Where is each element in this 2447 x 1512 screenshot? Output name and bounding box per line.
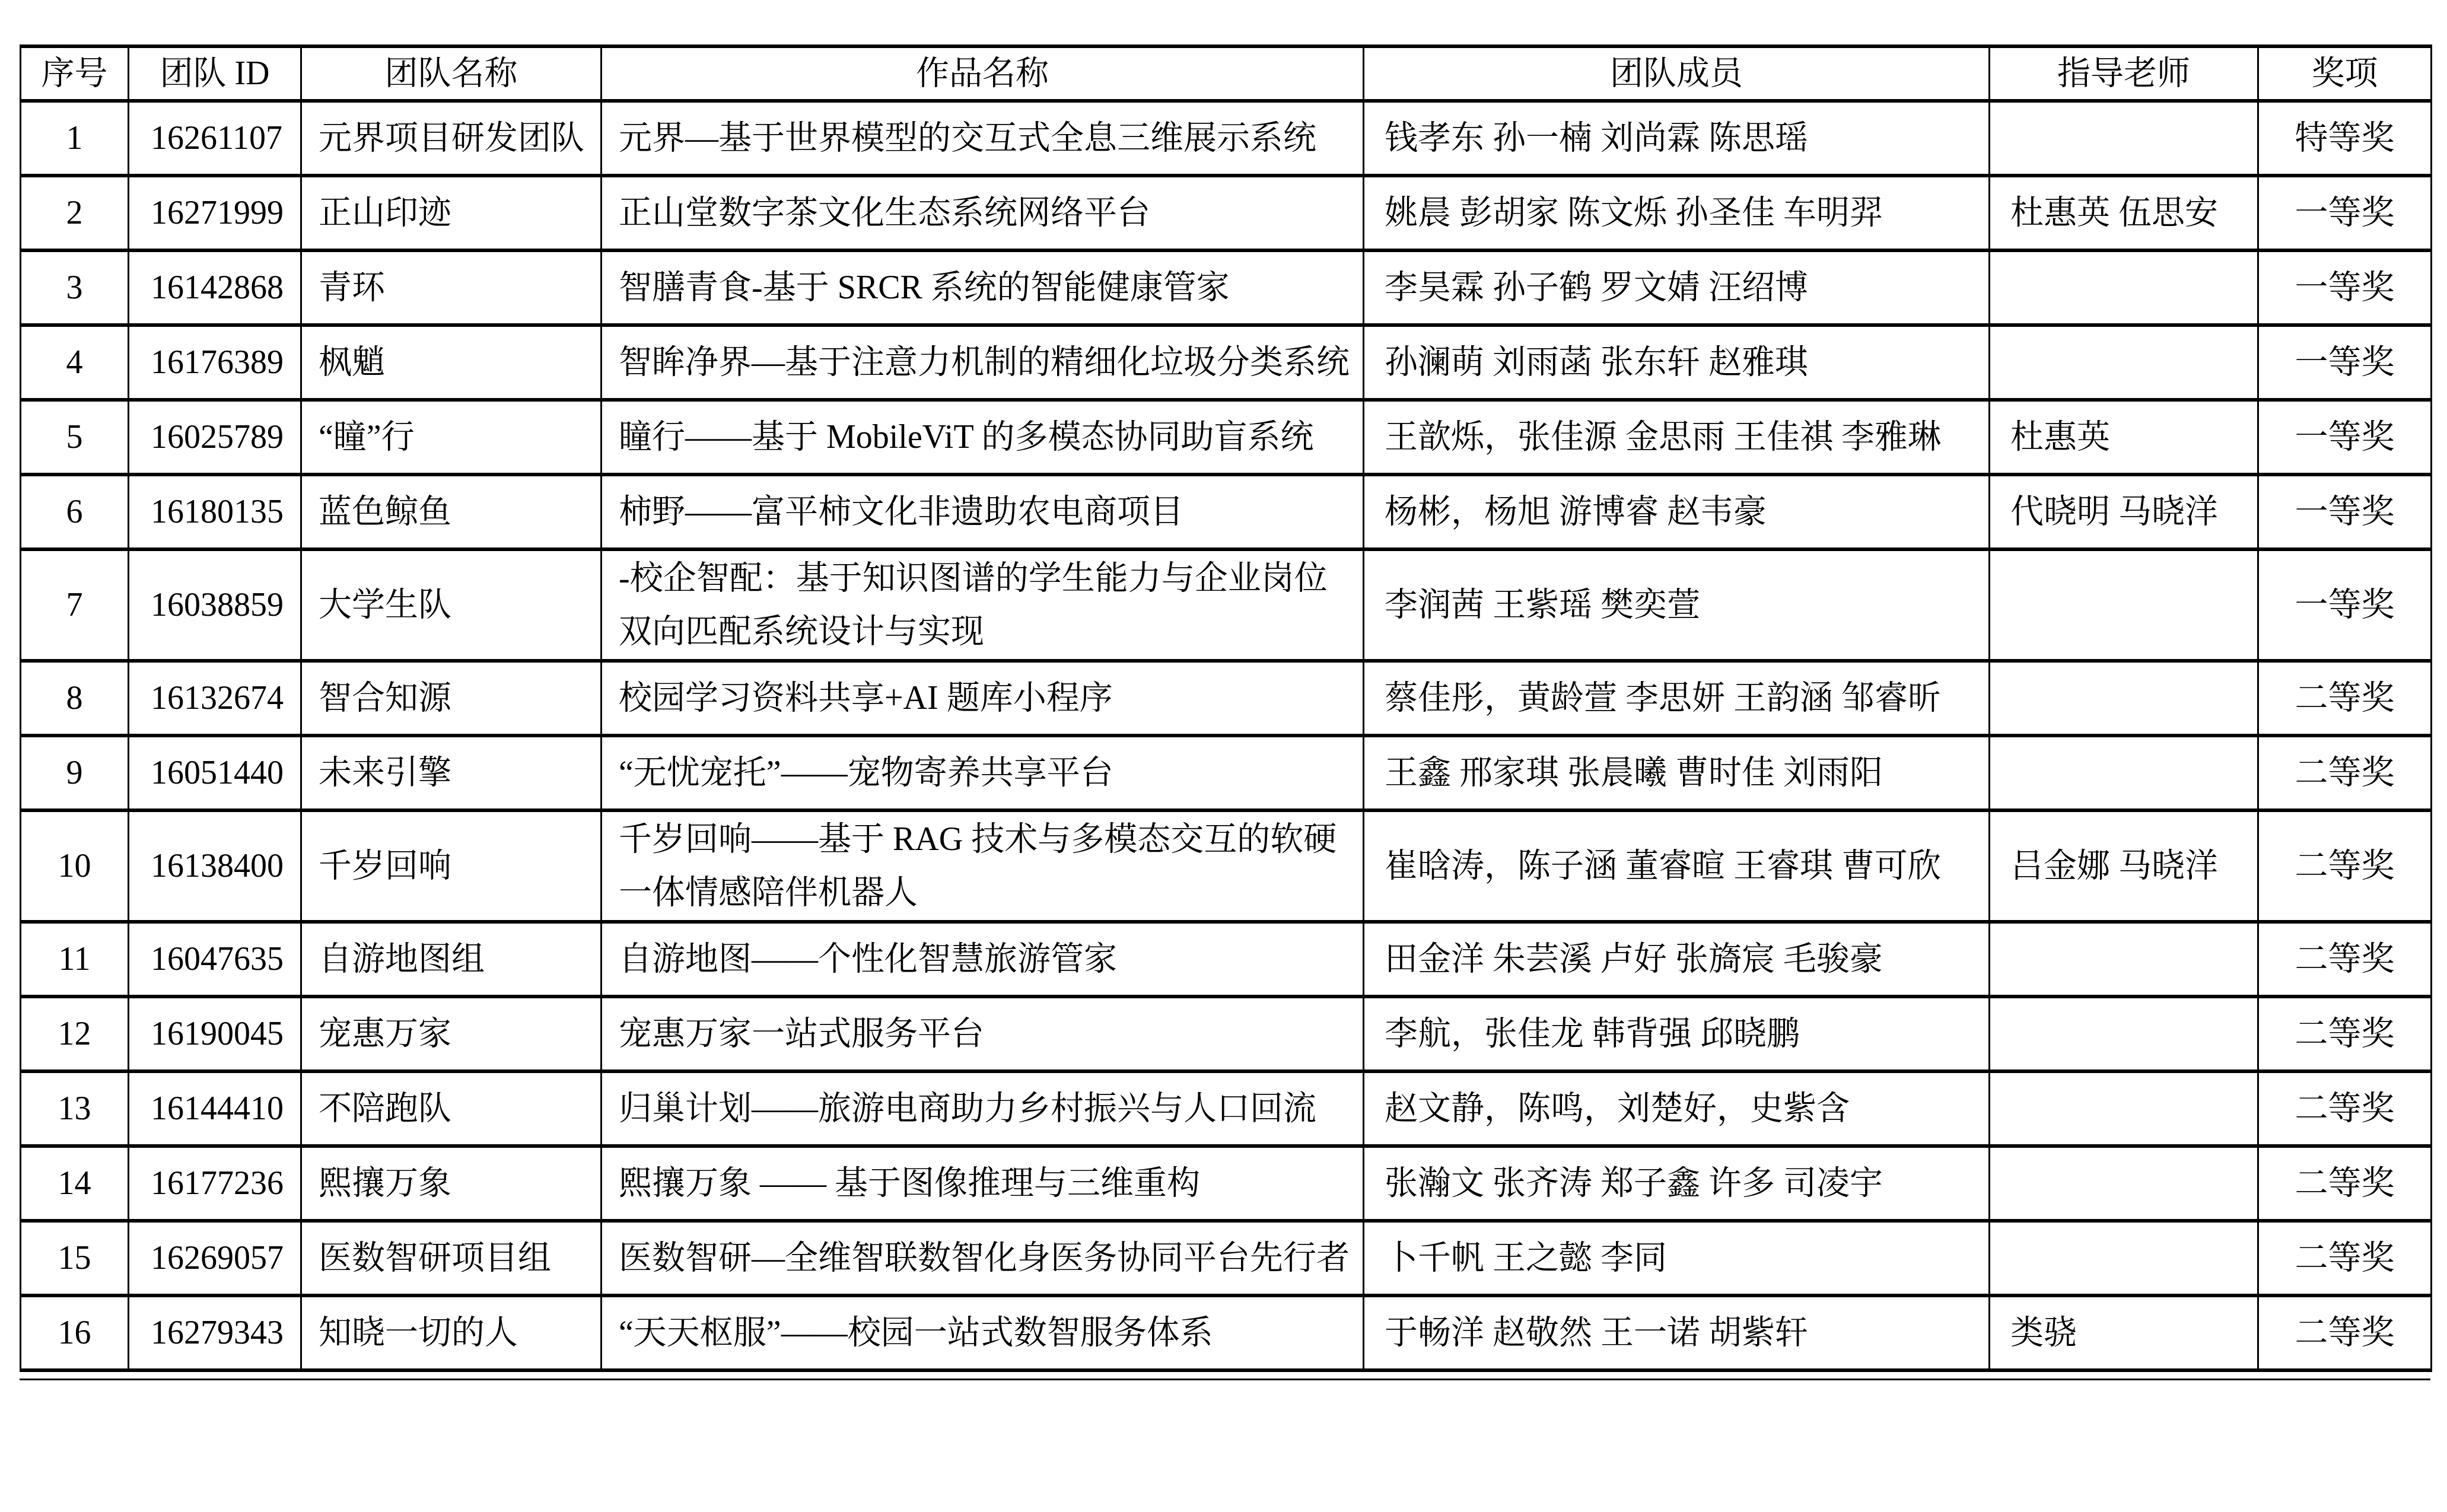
cell-work-title: 熙攘万象 —— 基于图像推理与三维重构: [602, 1146, 1364, 1221]
cell-team-name: 千岁回响: [301, 810, 602, 922]
column-header-no: 序号: [21, 46, 129, 101]
cell-team-name: “瞳”行: [301, 400, 602, 475]
cell-no: 3: [21, 250, 129, 325]
table-row: 1216190045宠惠万家宠惠万家一站式服务平台李航，张佳龙 韩背强 邱晓鹏二…: [21, 997, 2432, 1071]
cell-work-title: 智膳青食-基于 SRCR 系统的智能健康管家: [602, 250, 1364, 325]
cell-work-title: “天天枢服”——校园一站式数智服务体系: [602, 1295, 1364, 1370]
table-row: 216271999正山印迹正山堂数字茶文化生态系统网络平台姚晨 彭胡家 陈文烁 …: [21, 176, 2432, 250]
cell-work-title: 柿野——富平柿文化非遗助农电商项目: [602, 475, 1364, 549]
cell-team-name: 大学生队: [301, 549, 602, 661]
cell-no: 10: [21, 810, 129, 922]
cell-advisor: 代晓明 马晓洋: [1990, 475, 2258, 549]
cell-work-title: 瞳行——基于 MobileViT 的多模态协同助盲系统: [602, 400, 1364, 475]
cell-work-title: 归巢计划——旅游电商助力乡村振兴与人口回流: [602, 1071, 1364, 1146]
awards-table-page: 序号 团队 ID 团队名称 作品名称 团队成员 指导老师 奖项 11626110…: [20, 44, 2430, 1380]
cell-no: 7: [21, 549, 129, 661]
table-row: 316142868青环智膳青食-基于 SRCR 系统的智能健康管家李昊霖 孙子鹤…: [21, 250, 2432, 325]
column-header-team-id: 团队 ID: [129, 46, 301, 101]
cell-team-id: 16261107: [129, 101, 301, 176]
cell-members: 李润茜 王紫瑶 樊奕萱: [1364, 549, 1990, 661]
cell-work-title: 校园学习资料共享+AI 题库小程序: [602, 661, 1364, 736]
table-row: 1616279343知晓一切的人“天天枢服”——校园一站式数智服务体系于畅洋 赵…: [21, 1295, 2432, 1370]
cell-advisor: [1990, 661, 2258, 736]
cell-members: 赵文静，陈鸣，刘楚好，史紫含: [1364, 1071, 1990, 1146]
cell-no: 5: [21, 400, 129, 475]
cell-team-name: 枫魈: [301, 325, 602, 400]
cell-work-title: 元界—基于世界模型的交互式全息三维展示系统: [602, 101, 1364, 176]
cell-award: 二等奖: [2258, 1221, 2432, 1295]
cell-advisor: [1990, 250, 2258, 325]
cell-team-name: 不陪跑队: [301, 1071, 602, 1146]
cell-work-title: 自游地图——个性化智慧旅游管家: [602, 922, 1364, 997]
cell-members: 王歆烁，张佳源 金思雨 王佳祺 李雅琳: [1364, 400, 1990, 475]
cell-award: 一等奖: [2258, 549, 2432, 661]
cell-advisor: [1990, 997, 2258, 1071]
cell-members: 王鑫 邢家琪 张晨曦 曹时佳 刘雨阳: [1364, 736, 1990, 810]
cell-advisor: 吕金娜 马晓洋: [1990, 810, 2258, 922]
column-header-award: 奖项: [2258, 46, 2432, 101]
cell-team-name: 未来引擎: [301, 736, 602, 810]
column-header-advisor: 指导老师: [1990, 46, 2258, 101]
cell-team-id: 16190045: [129, 997, 301, 1071]
table-row: 1516269057医数智研项目组医数智研—全维智联数智化身医务协同平台先行者卜…: [21, 1221, 2432, 1295]
cell-team-name: 智合知源: [301, 661, 602, 736]
cell-members: 李昊霖 孙子鹤 罗文婧 汪绍博: [1364, 250, 1990, 325]
cell-team-name: 熙攘万象: [301, 1146, 602, 1221]
cell-award: 二等奖: [2258, 1295, 2432, 1370]
cell-no: 6: [21, 475, 129, 549]
cell-award: 二等奖: [2258, 736, 2432, 810]
table-row: 1416177236熙攘万象熙攘万象 —— 基于图像推理与三维重构张瀚文 张齐涛…: [21, 1146, 2432, 1221]
cell-work-title: 医数智研—全维智联数智化身医务协同平台先行者: [602, 1221, 1364, 1295]
table-row: 716038859大学生队-校企智配：基于知识图谱的学生能力与企业岗位双向匹配系…: [21, 549, 2432, 661]
cell-members: 张瀚文 张齐涛 郑子鑫 许多 司凌宇: [1364, 1146, 1990, 1221]
cell-award: 二等奖: [2258, 1146, 2432, 1221]
cell-team-name: 正山印迹: [301, 176, 602, 250]
cell-members: 卜千帆 王之懿 李同: [1364, 1221, 1990, 1295]
cell-team-name: 青环: [301, 250, 602, 325]
cell-team-id: 16142868: [129, 250, 301, 325]
cell-team-id: 16271999: [129, 176, 301, 250]
cell-team-id: 16279343: [129, 1295, 301, 1370]
cell-award: 二等奖: [2258, 661, 2432, 736]
cell-no: 16: [21, 1295, 129, 1370]
cell-work-title: 智眸净界—基于注意力机制的精细化垃圾分类系统: [602, 325, 1364, 400]
cell-members: 崔晗涛，陈子涵 董睿暄 王睿琪 曹可欣: [1364, 810, 1990, 922]
cell-team-name: 蓝色鲸鱼: [301, 475, 602, 549]
cell-team-id: 16047635: [129, 922, 301, 997]
table-row: 616180135蓝色鲸鱼柿野——富平柿文化非遗助农电商项目杨彬，杨旭 游博睿 …: [21, 475, 2432, 549]
cell-members: 田金洋 朱芸溪 卢好 张旖宸 毛骏豪: [1364, 922, 1990, 997]
table-row: 1316144410不陪跑队归巢计划——旅游电商助力乡村振兴与人口回流赵文静，陈…: [21, 1071, 2432, 1146]
cell-advisor: [1990, 922, 2258, 997]
cell-advisor: [1990, 325, 2258, 400]
cell-team-name: 自游地图组: [301, 922, 602, 997]
cell-team-name: 知晓一切的人: [301, 1295, 602, 1370]
cell-members: 钱孝东 孙一楠 刘尚霖 陈思瑶: [1364, 101, 1990, 176]
cell-team-id: 16176389: [129, 325, 301, 400]
cell-no: 15: [21, 1221, 129, 1295]
cell-advisor: [1990, 549, 2258, 661]
cell-award: 二等奖: [2258, 1071, 2432, 1146]
table-row: 116261107元界项目研发团队元界—基于世界模型的交互式全息三维展示系统钱孝…: [21, 101, 2432, 176]
cell-advisor: [1990, 736, 2258, 810]
awards-table: 序号 团队 ID 团队名称 作品名称 团队成员 指导老师 奖项 11626110…: [20, 44, 2432, 1372]
cell-team-id: 16144410: [129, 1071, 301, 1146]
cell-work-title: 千岁回响——基于 RAG 技术与多模态交互的软硬一体情感陪伴机器人: [602, 810, 1364, 922]
cell-work-title: 宠惠万家一站式服务平台: [602, 997, 1364, 1071]
cell-no: 11: [21, 922, 129, 997]
cell-team-id: 16025789: [129, 400, 301, 475]
cell-team-id: 16132674: [129, 661, 301, 736]
cell-no: 4: [21, 325, 129, 400]
cell-team-id: 16180135: [129, 475, 301, 549]
cell-no: 8: [21, 661, 129, 736]
cell-team-name: 医数智研项目组: [301, 1221, 602, 1295]
column-header-team-name: 团队名称: [301, 46, 602, 101]
cell-award: 一等奖: [2258, 176, 2432, 250]
cell-work-title: “无忧宠托”——宠物寄养共享平台: [602, 736, 1364, 810]
cell-no: 1: [21, 101, 129, 176]
cell-no: 12: [21, 997, 129, 1071]
cell-no: 2: [21, 176, 129, 250]
cell-advisor: [1990, 1146, 2258, 1221]
table-row: 816132674智合知源校园学习资料共享+AI 题库小程序蔡佳彤，黄龄萱 李思…: [21, 661, 2432, 736]
cell-members: 蔡佳彤，黄龄萱 李思妍 王韵涵 邹睿昕: [1364, 661, 1990, 736]
cell-award: 二等奖: [2258, 810, 2432, 922]
cell-advisor: 类骁: [1990, 1295, 2258, 1370]
table-bottom-rule: [20, 1379, 2430, 1380]
cell-no: 9: [21, 736, 129, 810]
cell-work-title: -校企智配：基于知识图谱的学生能力与企业岗位双向匹配系统设计与实现: [602, 549, 1364, 661]
cell-advisor: [1990, 1221, 2258, 1295]
table-row: 416176389枫魈智眸净界—基于注意力机制的精细化垃圾分类系统孙澜萌 刘雨菡…: [21, 325, 2432, 400]
cell-work-title: 正山堂数字茶文化生态系统网络平台: [602, 176, 1364, 250]
awards-table-body: 116261107元界项目研发团队元界—基于世界模型的交互式全息三维展示系统钱孝…: [21, 101, 2432, 1370]
cell-team-id: 16138400: [129, 810, 301, 922]
cell-members: 孙澜萌 刘雨菡 张东轩 赵雅琪: [1364, 325, 1990, 400]
cell-award: 一等奖: [2258, 475, 2432, 549]
column-header-work-title: 作品名称: [602, 46, 1364, 101]
table-row: 516025789“瞳”行瞳行——基于 MobileViT 的多模态协同助盲系统…: [21, 400, 2432, 475]
cell-no: 13: [21, 1071, 129, 1146]
cell-team-id: 16269057: [129, 1221, 301, 1295]
cell-team-id: 16038859: [129, 549, 301, 661]
column-header-members: 团队成员: [1364, 46, 1990, 101]
table-header-row: 序号 团队 ID 团队名称 作品名称 团队成员 指导老师 奖项: [21, 46, 2432, 101]
cell-members: 李航，张佳龙 韩背强 邱晓鹏: [1364, 997, 1990, 1071]
cell-advisor: 杜惠英 伍思安: [1990, 176, 2258, 250]
table-row: 916051440未来引擎“无忧宠托”——宠物寄养共享平台王鑫 邢家琪 张晨曦 …: [21, 736, 2432, 810]
cell-award: 二等奖: [2258, 997, 2432, 1071]
cell-advisor: 杜惠英: [1990, 400, 2258, 475]
cell-members: 姚晨 彭胡家 陈文烁 孙圣佳 车明羿: [1364, 176, 1990, 250]
cell-members: 于畅洋 赵敬然 王一诺 胡紫轩: [1364, 1295, 1990, 1370]
cell-advisor: [1990, 101, 2258, 176]
cell-team-id: 16051440: [129, 736, 301, 810]
table-row: 1016138400千岁回响千岁回响——基于 RAG 技术与多模态交互的软硬一体…: [21, 810, 2432, 922]
cell-members: 杨彬，杨旭 游博睿 赵韦豪: [1364, 475, 1990, 549]
cell-advisor: [1990, 1071, 2258, 1146]
cell-no: 14: [21, 1146, 129, 1221]
document-page: { "table": { "headers": ["序号", "团队 ID", …: [0, 0, 2447, 1512]
table-row: 1116047635自游地图组自游地图——个性化智慧旅游管家田金洋 朱芸溪 卢好…: [21, 922, 2432, 997]
cell-award: 二等奖: [2258, 922, 2432, 997]
cell-team-name: 元界项目研发团队: [301, 101, 602, 176]
cell-team-id: 16177236: [129, 1146, 301, 1221]
cell-award: 一等奖: [2258, 400, 2432, 475]
cell-award: 一等奖: [2258, 250, 2432, 325]
cell-award: 特等奖: [2258, 101, 2432, 176]
cell-award: 一等奖: [2258, 325, 2432, 400]
cell-team-name: 宠惠万家: [301, 997, 602, 1071]
